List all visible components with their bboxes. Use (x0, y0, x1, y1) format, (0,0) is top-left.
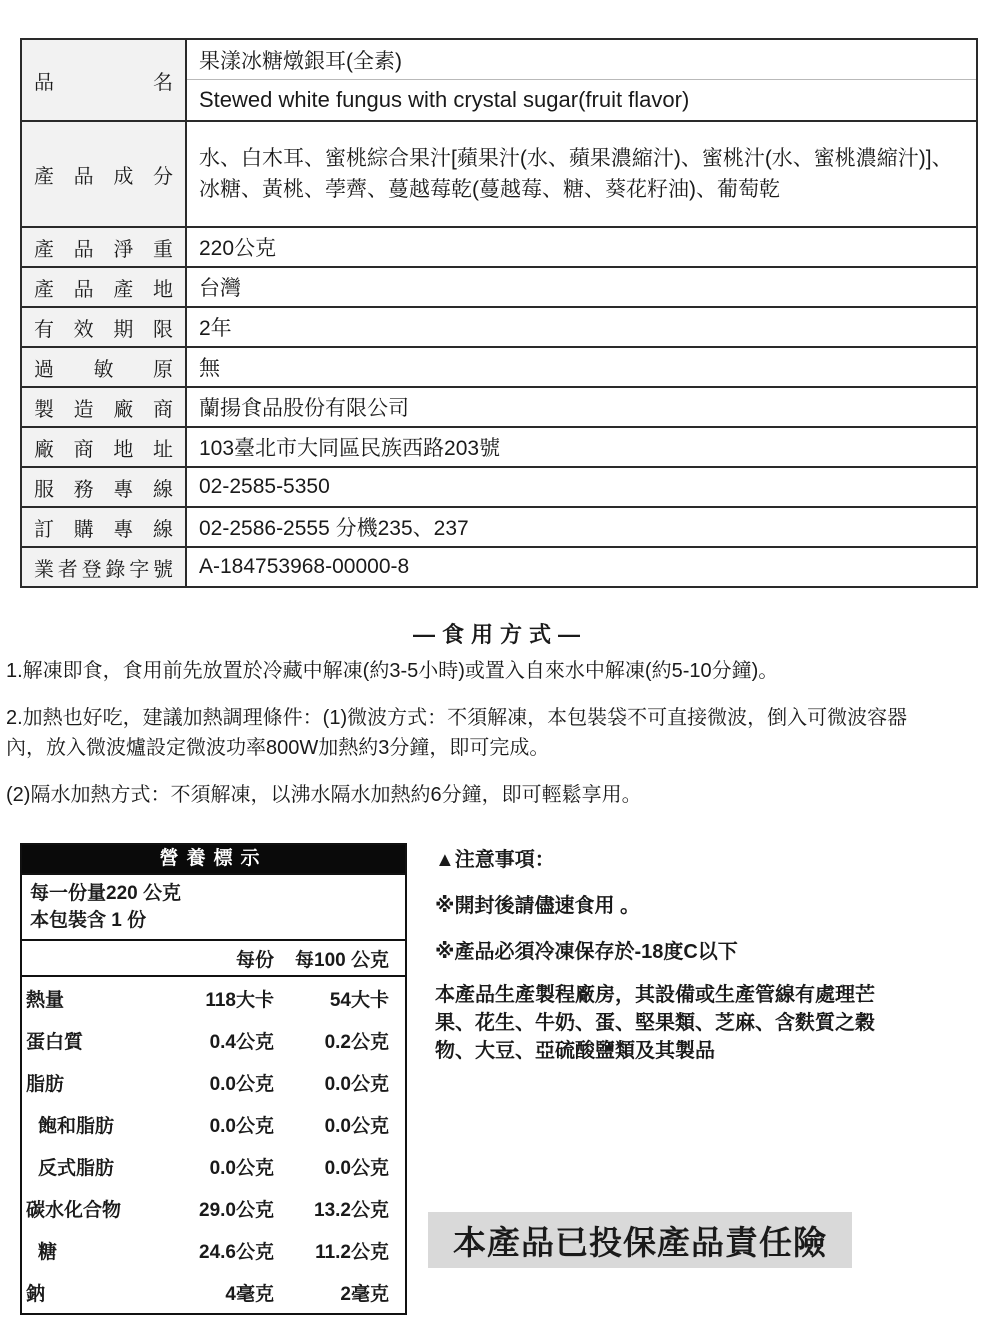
product-name-en: Stewed white fungus with crystal sugar(f… (187, 80, 976, 119)
usage-step-1: 1.解凍即食，食用前先放置於冷藏中解凍(約3-5小時)或置入自來水中解凍(約5-… (6, 656, 941, 686)
usage-step-3: (2)隔水加熱方式：不須解凍，以沸水隔水加熱約6分鐘，即可輕鬆享用。 (6, 780, 941, 810)
col-header-per-serving: 每份 (159, 945, 274, 972)
row-label: 廠商地址 (22, 428, 187, 466)
product-info-table: 品名 果漾冰糖燉銀耳(全素) Stewed white fungus with … (20, 38, 978, 588)
ingredients-text: 水、白木耳、蜜桃綜合果汁[蘋果汁(水、蘋果濃縮汁)、蜜桃汁(水、蜜桃濃縮汁)]、… (199, 143, 964, 205)
row-value: 無 (187, 348, 976, 386)
table-row-net-weight: 產品淨重 220公克 (22, 226, 976, 266)
col-header-per-100g: 每100 公克 (274, 945, 389, 972)
nutrition-column-headers: 每份 每100 公克 (22, 941, 405, 977)
table-row-ingredients: 產品成分 水、白木耳、蜜桃綜合果汁[蘋果汁(水、蘋果濃縮汁)、蜜桃汁(水、蜜桃濃… (22, 120, 976, 226)
row-value: 水、白木耳、蜜桃綜合果汁[蘋果汁(水、蘋果濃縮汁)、蜜桃汁(水、蜜桃濃縮汁)]、… (187, 122, 976, 226)
table-row-manufacturer: 製造廠商 蘭揚食品股份有限公司 (22, 386, 976, 426)
row-label: 訂購專線 (22, 508, 187, 546)
row-label: 產品淨重 (22, 228, 187, 266)
row-value: 02-2585-5350 (187, 468, 976, 506)
row-value: 02-2586-2555 分機235、237 (187, 508, 976, 546)
table-row-order-line: 訂購專線 02-2586-2555 分機235、237 (22, 506, 976, 546)
usage-section-title: —食用方式— (0, 618, 1000, 649)
row-label: 過敏原 (22, 348, 187, 386)
product-label-page: 品名 果漾冰糖燉銀耳(全素) Stewed white fungus with … (0, 0, 1000, 1322)
row-value: 果漾冰糖燉銀耳(全素) Stewed white fungus with cry… (187, 40, 976, 120)
servings-per-pack: 本包裝含 1 份 (30, 907, 397, 934)
row-value: A-184753968-00000-8 (187, 548, 976, 586)
row-value: 蘭揚食品股份有限公司 (187, 388, 976, 426)
nutrition-row-saturated-fat: 飽和脂肪 0.0公克 0.0公克 (22, 1103, 405, 1145)
nutrition-table: 營養標示 每一份量220 公克 本包裝含 1 份 每份 每100 公克 熱量 1… (20, 843, 407, 1315)
table-row-product-name: 品名 果漾冰糖燉銀耳(全素) Stewed white fungus with … (22, 40, 976, 120)
row-label: 製造廠商 (22, 388, 187, 426)
row-label: 品名 (22, 40, 187, 120)
row-label: 服務專線 (22, 468, 187, 506)
usage-instructions: 1.解凍即食，食用前先放置於冷藏中解凍(約3-5小時)或置入自來水中解凍(約5-… (6, 656, 941, 827)
notices-section: ▲注意事項： ※開封後請儘速食用 。 ※產品必須冷凍保存於-18度C以下 本產品… (435, 843, 885, 1065)
serving-size: 每一份量220 公克 (30, 880, 397, 907)
row-value: 2年 (187, 308, 976, 346)
notices-title: ▲注意事項： (435, 843, 885, 872)
table-row-registration-number: 業者登錄字號 A-184753968-00000-8 (22, 546, 976, 586)
nutrition-title: 營養標示 (22, 845, 405, 873)
nutrition-row-protein: 蛋白質 0.4公克 0.2公克 (22, 1019, 405, 1061)
nutrition-row-sodium: 鈉 4毫克 2毫克 (22, 1271, 405, 1313)
nutrition-row-sugar: 糖 24.6公克 11.2公克 (22, 1229, 405, 1271)
table-row-address: 廠商地址 103臺北市大同區民族西路203號 (22, 426, 976, 466)
nutrition-row-carbohydrate: 碳水化合物 29.0公克 13.2公克 (22, 1187, 405, 1229)
product-name-zh: 果漾冰糖燉銀耳(全素) (187, 40, 976, 80)
table-row-origin: 產品產地 台灣 (22, 266, 976, 306)
nutrition-serving-info: 每一份量220 公克 本包裝含 1 份 (22, 873, 405, 941)
table-row-allergen: 過敏原 無 (22, 346, 976, 386)
notice-item-consume-soon: ※開封後請儘速食用 。 (435, 889, 885, 918)
row-label: 有效期限 (22, 308, 187, 346)
allergen-notice: 本產品生產製程廠房，其設備或生產管線有處理芒果、花生、牛奶、蛋、堅果類、芝麻、含… (435, 981, 885, 1065)
nutrition-row-fat: 脂肪 0.0公克 0.0公克 (22, 1061, 405, 1103)
nutrition-row-calories: 熱量 118大卡 54大卡 (22, 977, 405, 1019)
table-row-shelf-life: 有效期限 2年 (22, 306, 976, 346)
notice-item-keep-frozen: ※產品必須冷凍保存於-18度C以下 (435, 935, 885, 964)
row-label: 業者登錄字號 (22, 548, 187, 586)
row-value: 103臺北市大同區民族西路203號 (187, 428, 976, 466)
insurance-banner: 本產品已投保產品責任險 (428, 1212, 852, 1268)
row-value: 220公克 (187, 228, 976, 266)
row-value: 台灣 (187, 268, 976, 306)
table-row-service-line: 服務專線 02-2585-5350 (22, 466, 976, 506)
nutrition-row-trans-fat: 反式脂肪 0.0公克 0.0公克 (22, 1145, 405, 1187)
row-label: 產品成分 (22, 122, 187, 226)
usage-step-2: 2.加熱也好吃，建議加熱調理條件：(1)微波方式：不須解凍，本包裝袋不可直接微波… (6, 703, 941, 763)
row-label: 產品產地 (22, 268, 187, 306)
